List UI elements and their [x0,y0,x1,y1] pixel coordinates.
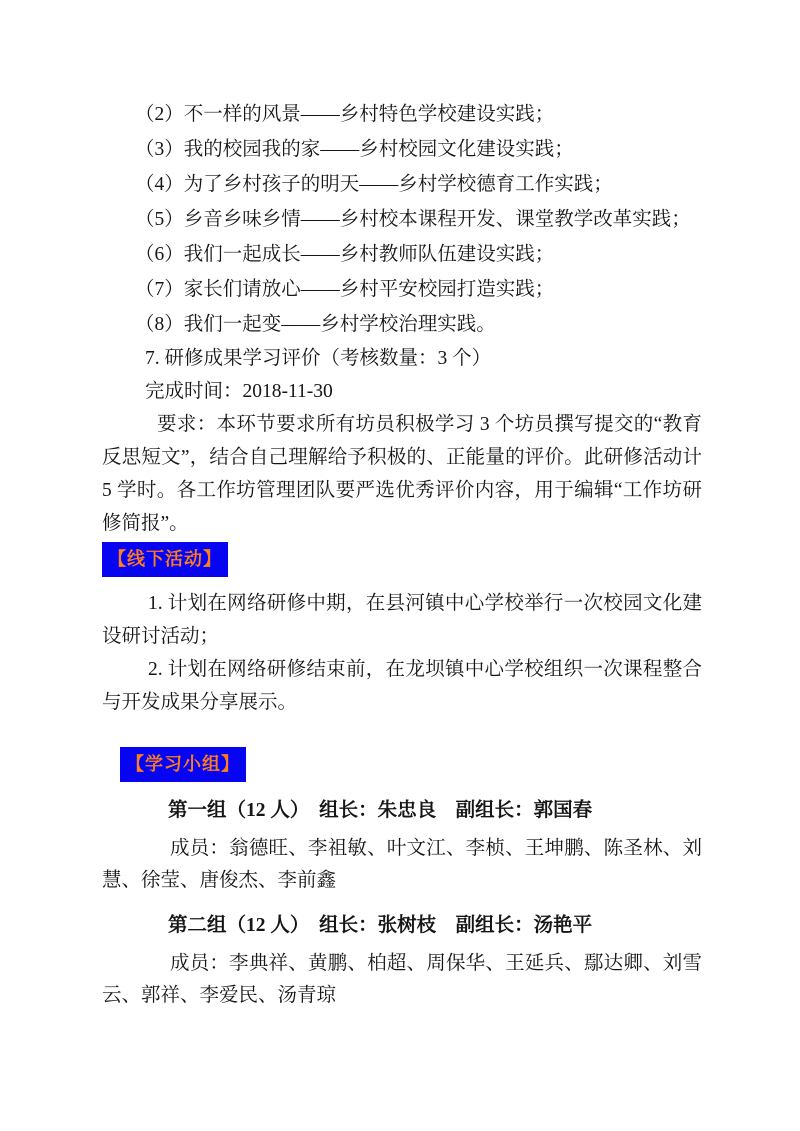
list-item-4: （4）为了乡村孩子的明天——乡村学校德育工作实践； [102,167,702,202]
study-groups-section: 【学习小组】 [120,747,702,782]
evaluation-requirement: 要求：本环节要求所有坊员积极学习 3 个坊员撰写提交的“教育反思短文”，结合自己… [102,408,702,540]
list-item-3: （3）我的校园我的家——乡村校园文化建设实践； [102,132,702,167]
offline-activity-item-2: 2. 计划在网络研修结束前，在龙坝镇中心学校组织一次课程整合与开发成果分享展示。 [102,653,702,719]
group-1-members: 成员：翁德旺、李祖敏、叶文江、李桢、王坤鹏、陈圣林、刘慧、徐莹、唐俊杰、李前鑫 [102,833,702,897]
study-groups-header: 【学习小组】 [120,747,246,782]
assessment-practice-list: （2）不一样的风景——乡村特色学校建设实践； （3）我的校园我的家——乡村校园文… [102,97,702,342]
group-2-members: 成员：李典祥、黄鹏、柏超、周保华、王延兵、鄢达卿、刘雪云、郭祥、李爱民、汤青琼 [102,948,702,1012]
list-item-6: （6）我们一起成长——乡村教师队伍建设实践； [102,237,702,272]
offline-activities-section: 【线下活动】 [102,542,702,577]
offline-activity-item-1: 1. 计划在网络研修中期，在县河镇中心学校举行一次校园文化建设研讨活动； [102,587,702,653]
list-item-8: （8）我们一起变——乡村学校治理实践。 [102,307,702,342]
group-2-title: 第二组（12 人） 组长：张树枝 副组长：汤艳平 [102,909,702,943]
group-1-title: 第一组（12 人） 组长：朱忠良 副组长：郭国春 [102,794,702,828]
list-item-7: （7）家长们请放心——乡村平安校园打造实践； [102,272,702,307]
list-item-5: （5）乡音乡味乡情——乡村校本课程开发、课堂教学改革实践； [102,202,702,237]
list-item-2: （2）不一样的风景——乡村特色学校建设实践； [102,97,702,132]
document-page: （2）不一样的风景——乡村特色学校建设实践； （3）我的校园我的家——乡村校园文… [0,0,800,1131]
offline-activities-header: 【线下活动】 [102,542,228,577]
document-content: （2）不一样的风景——乡村特色学校建设实践； （3）我的校园我的家——乡村校园文… [102,97,702,1012]
evaluation-deadline: 完成时间：2018-11-30 [102,375,702,408]
evaluation-title: 7. 研修成果学习评价（考核数量：3 个） [102,342,702,375]
